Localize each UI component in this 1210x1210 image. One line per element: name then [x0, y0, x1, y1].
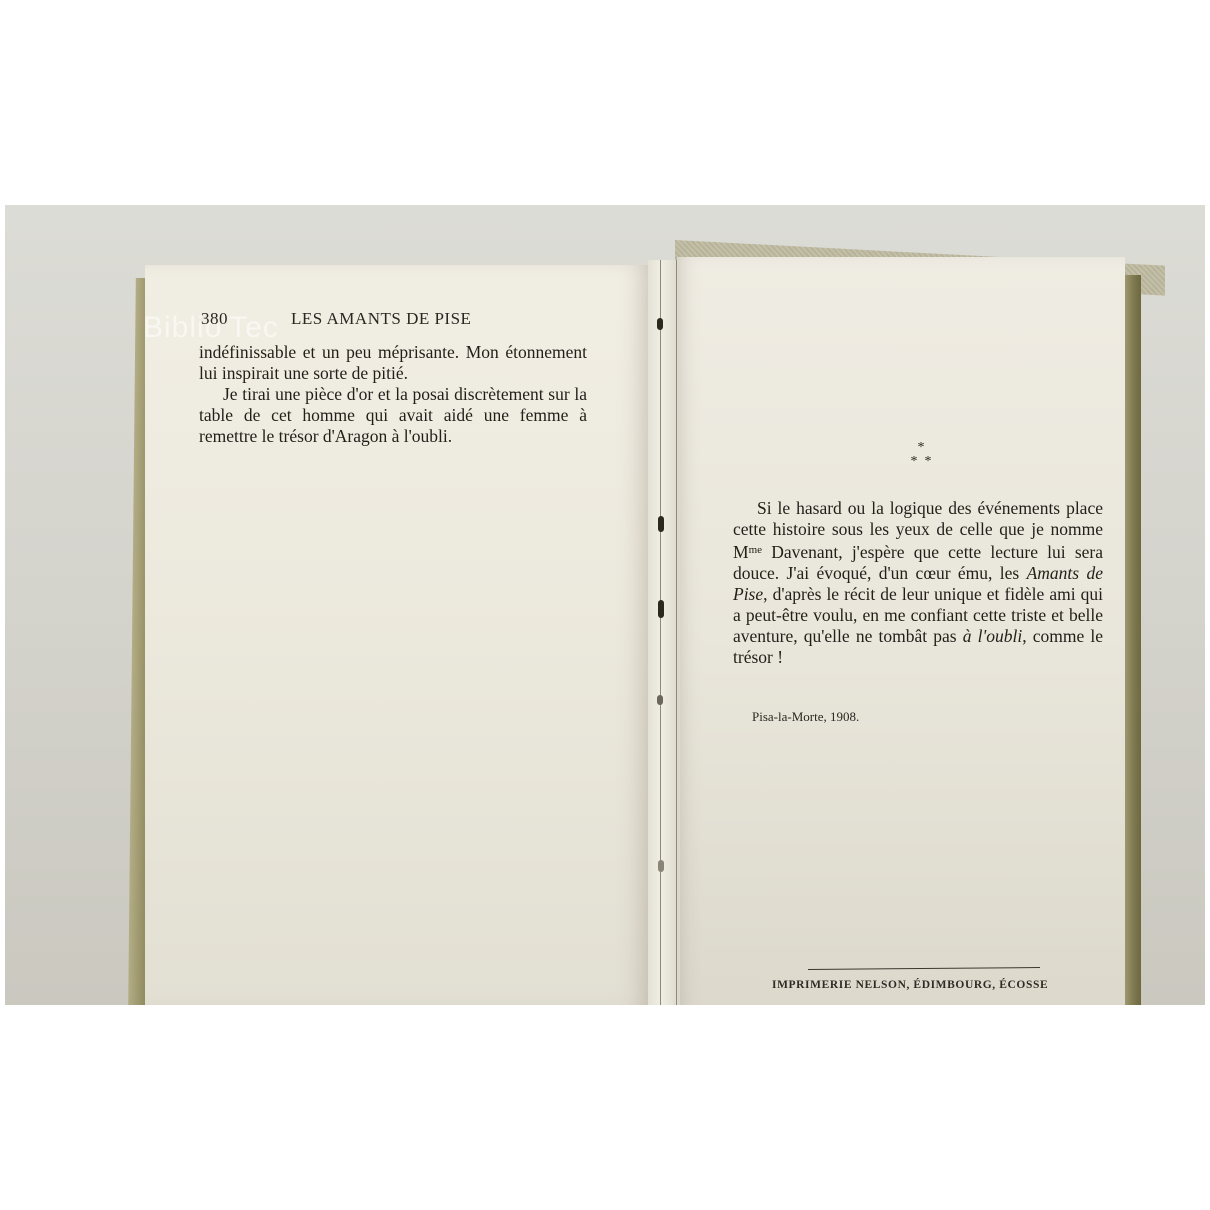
- running-head: 380LES AMANTS DE PISE: [201, 309, 601, 329]
- asterism-ornament: ** *: [901, 441, 941, 469]
- right-cover-side-edge: [1123, 275, 1141, 1005]
- stitch-line: [660, 260, 661, 1005]
- printer-colophon: IMPRIMERIE NELSON, ÉDIMBOURG, ÉCOSSE: [772, 979, 1048, 991]
- stitch-line: [676, 260, 677, 1005]
- binding-hole: [657, 695, 663, 705]
- italic-phrase: à l'oubli: [963, 626, 1022, 646]
- superscript: me: [749, 544, 762, 556]
- left-page-text: indéfinissable et un peu méprisante. Mon…: [199, 342, 587, 447]
- right-page-text: Si le hasard ou la logique des événement…: [733, 498, 1103, 668]
- binding-hole: [658, 860, 664, 872]
- binding-hole: [658, 600, 664, 618]
- dateline: Pisa-la-Morte, 1908.: [752, 709, 859, 725]
- book-title-header: LES AMANTS DE PISE: [291, 309, 471, 328]
- paragraph: Si le hasard ou la logique des événement…: [733, 498, 1103, 668]
- binding-hole: [658, 516, 664, 532]
- paragraph: indéfinissable et un peu méprisante. Mon…: [199, 342, 587, 384]
- paragraph: Je tirai une pièce d'or et la posai disc…: [199, 384, 587, 447]
- binding-hole: [657, 318, 663, 330]
- page-number: 380: [201, 309, 291, 329]
- book-spine-gutter: [648, 260, 680, 1005]
- book-photo: Biblio'Tec 380LES AMANTS DE PISE indéfin…: [5, 205, 1205, 1005]
